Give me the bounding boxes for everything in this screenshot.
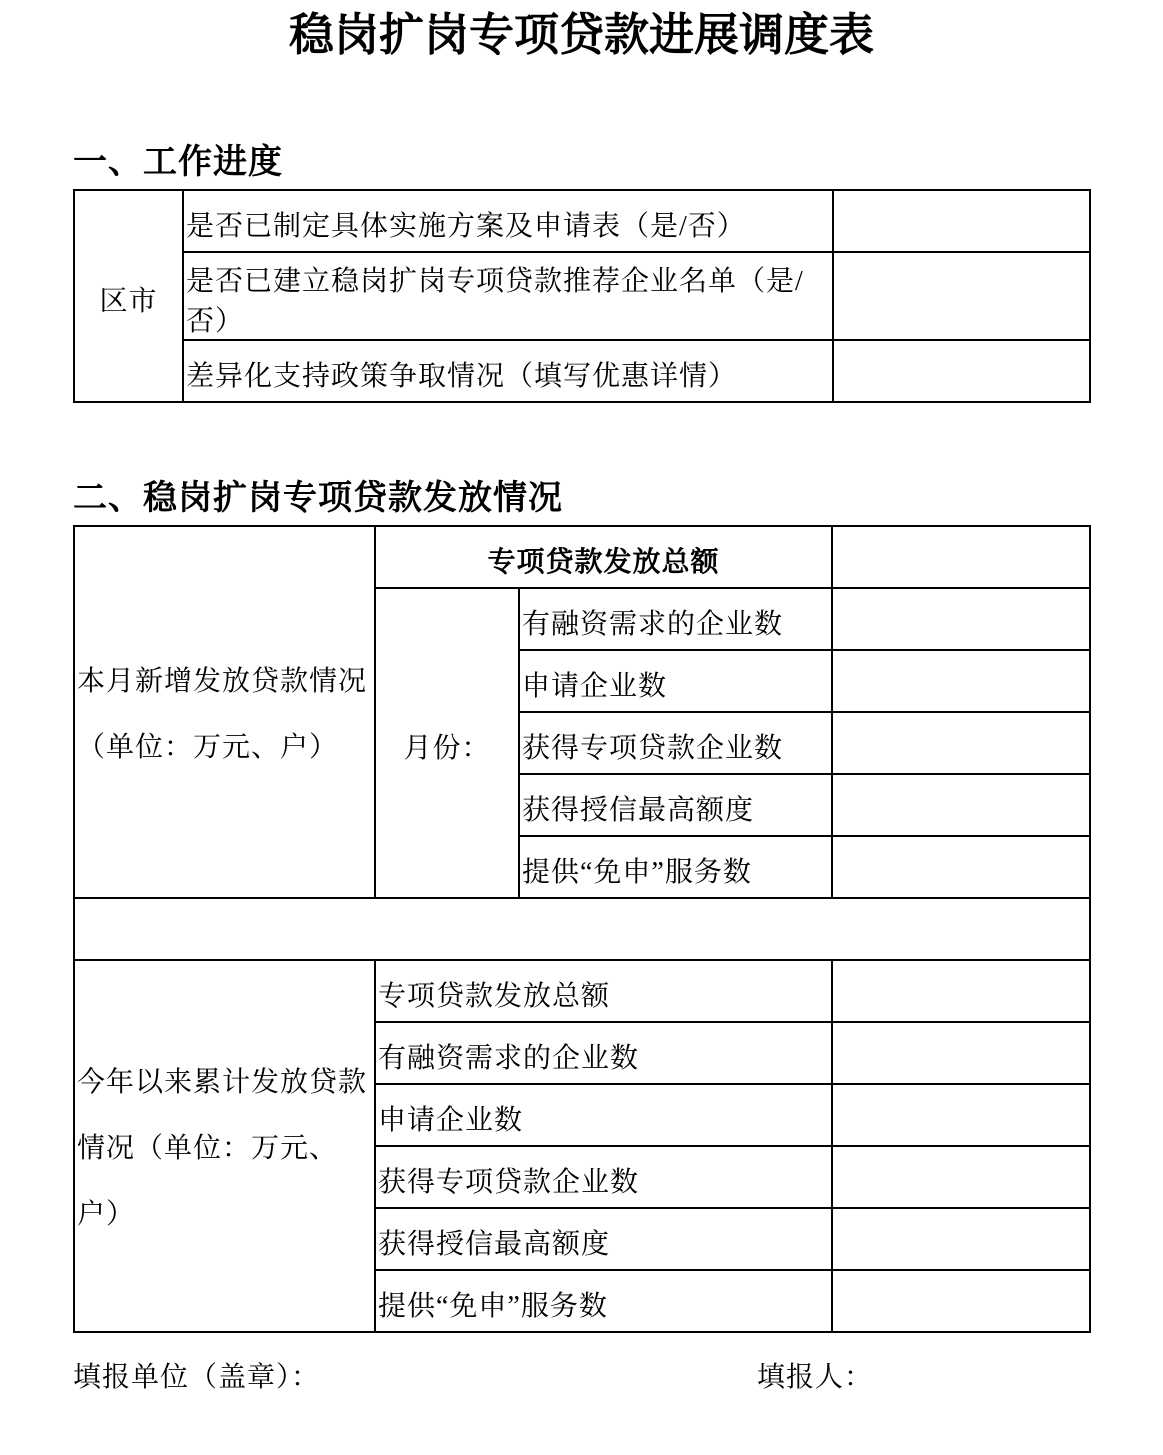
table-row: 本月新增发放贷款情况 （单位：万元、户） 专项贷款发放总额: [74, 526, 1090, 588]
answer-fill-cell[interactable]: [833, 340, 1090, 402]
metric-label-cell: 申请企业数: [519, 650, 832, 712]
table-row: 今年以来累计发放贷款 情况（单位：万元、户） 专项贷款发放总额: [74, 960, 1090, 1022]
answer-fill-cell[interactable]: [833, 252, 1090, 340]
monthly-header-line2: （单位：万元、户）: [77, 715, 372, 781]
metric-label-cell: 提供“免申”服务数: [375, 1270, 832, 1332]
metric-label-cell: 获得授信最高额度: [519, 774, 832, 836]
metric-label-cell: 获得专项贷款企业数: [375, 1146, 832, 1208]
metric-fill-cell[interactable]: [832, 960, 1090, 1022]
question-label-cell: 是否已建立稳岗扩岗专项贷款推荐企业名单（是/否）: [183, 252, 833, 340]
metric-fill-cell[interactable]: [832, 650, 1090, 712]
table-row: [74, 898, 1090, 960]
reporter-label: 填报人：: [757, 1355, 873, 1395]
document-title: 稳岗扩岗专项贷款进展调度表: [0, 8, 1163, 62]
metric-label-cell: 有融资需求的企业数: [375, 1022, 832, 1084]
total-amount-header-cell: 专项贷款发放总额: [375, 526, 832, 588]
metric-fill-cell[interactable]: [832, 712, 1090, 774]
metric-fill-cell[interactable]: [832, 1084, 1090, 1146]
section2-heading: 二、稳岗扩岗专项贷款发放情况: [73, 476, 1089, 520]
cumulative-section-header-cell: 今年以来累计发放贷款 情况（单位：万元、户）: [74, 960, 375, 1332]
metric-fill-cell[interactable]: [832, 774, 1090, 836]
monthly-header-line1: 本月新增发放贷款情况: [77, 649, 372, 715]
reporting-unit-label: 填报单位（盖章）：: [73, 1355, 320, 1395]
document-body: 一、工作进度 区市 是否已制定具体实施方案及申请表（是/否） 是否已建立稳岗扩岗…: [73, 140, 1089, 1395]
section1-heading: 一、工作进度: [73, 140, 1089, 184]
metric-label-cell: 提供“免申”服务数: [519, 836, 832, 898]
metric-fill-cell[interactable]: [832, 836, 1090, 898]
month-label-cell: 月份：: [375, 588, 519, 898]
metric-fill-cell[interactable]: [832, 1146, 1090, 1208]
metric-label-cell: 申请企业数: [375, 1084, 832, 1146]
signature-row: 填报单位（盖章）： 填报人：: [73, 1355, 1089, 1395]
metric-label-cell: 获得专项贷款企业数: [519, 712, 832, 774]
metric-fill-cell[interactable]: [832, 1270, 1090, 1332]
metric-fill-cell[interactable]: [832, 1208, 1090, 1270]
question-label-cell: 是否已制定具体实施方案及申请表（是/否）: [183, 190, 833, 252]
metric-fill-cell[interactable]: [832, 1022, 1090, 1084]
cumulative-header-line2: 情况（单位：万元、户）: [77, 1116, 372, 1248]
metric-label-cell: 获得授信最高额度: [375, 1208, 832, 1270]
region-header-cell: 区市: [74, 190, 183, 402]
cumulative-header-line1: 今年以来累计发放贷款: [77, 1050, 372, 1116]
metric-fill-cell[interactable]: [832, 588, 1090, 650]
metric-label-cell: 有融资需求的企业数: [519, 588, 832, 650]
question-label-cell: 差异化支持政策争取情况（填写优惠详情）: [183, 340, 833, 402]
monthly-section-header-cell: 本月新增发放贷款情况 （单位：万元、户）: [74, 526, 375, 898]
total-amount-fill-cell[interactable]: [832, 526, 1090, 588]
table-row: 区市 是否已制定具体实施方案及申请表（是/否）: [74, 190, 1090, 252]
notes-fill-cell[interactable]: [74, 898, 1090, 960]
table-row: 差异化支持政策争取情况（填写优惠详情）: [74, 340, 1090, 402]
answer-fill-cell[interactable]: [833, 190, 1090, 252]
table-row: 是否已建立稳岗扩岗专项贷款推荐企业名单（是/否）: [74, 252, 1090, 340]
work-progress-table: 区市 是否已制定具体实施方案及申请表（是/否） 是否已建立稳岗扩岗专项贷款推荐企…: [73, 189, 1091, 403]
loan-issuance-table: 本月新增发放贷款情况 （单位：万元、户） 专项贷款发放总额 月份： 有融资需求的…: [73, 525, 1091, 1333]
metric-label-cell: 专项贷款发放总额: [375, 960, 832, 1022]
